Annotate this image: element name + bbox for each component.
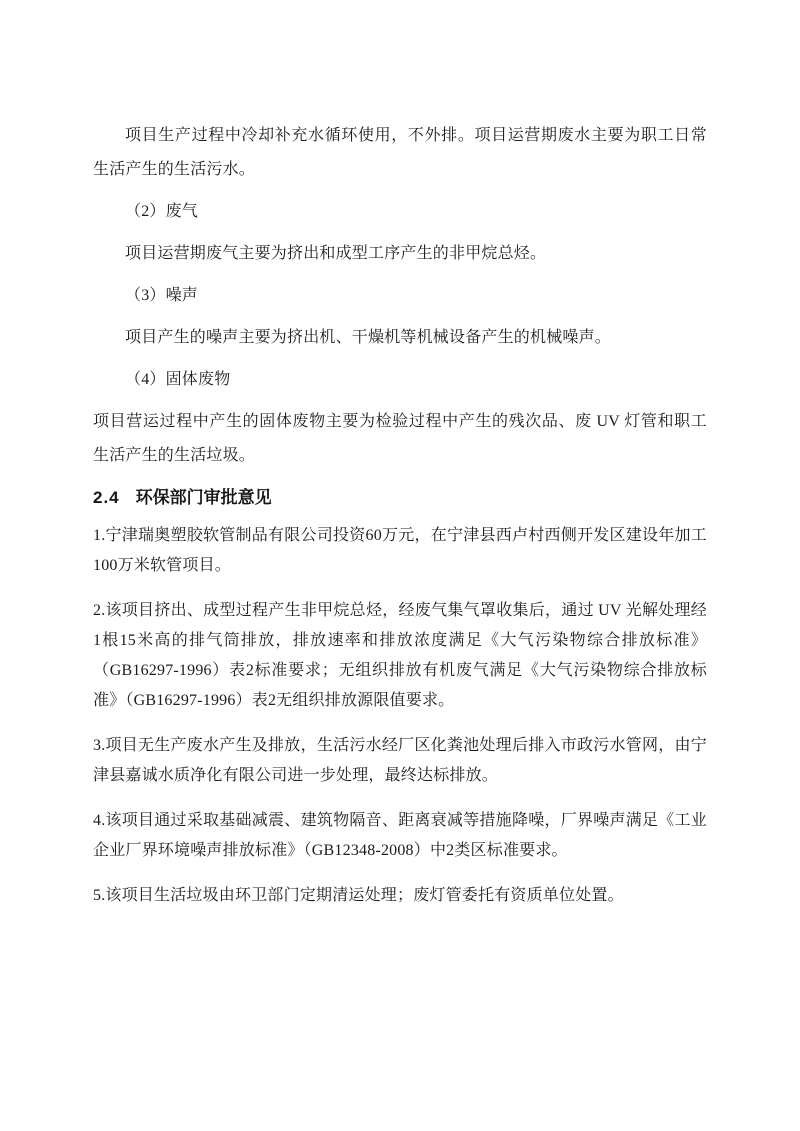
approval-item-5: 5.该项目生活垃圾由环卫部门定期清运处理；废灯管委托有资质单位处置。	[93, 881, 707, 911]
section-heading-number: 2.4	[93, 488, 120, 507]
approval-item-3: 3.项目无生产废水产生及排放，生活污水经厂区化粪池处理后排入市政污水管网，由宁津…	[93, 731, 707, 791]
approval-item-1: 1.宁津瑞奥塑胶软管制品有限公司投资60万元，在宁津县西卢村西侧开发区建设年加工…	[93, 521, 707, 581]
approval-item-2: 2.该项目挤出、成型过程产生非甲烷总烃，经废气集气罩收集后，通过 UV 光解处理…	[93, 596, 707, 716]
paragraph-wastewater-recycle: 项目生产过程中冷却补充水循环使用，不外排。项目运营期废水主要为职工日常生活产生的…	[93, 119, 707, 187]
paragraph-waste-gas: 项目运营期废气主要为挤出和成型工序产生的非甲烷总烃。	[93, 237, 707, 271]
subheading-solid-waste: （4）固体废物	[93, 363, 707, 397]
document-body: 项目生产过程中冷却补充水循环使用，不外排。项目运营期废水主要为职工日常生活产生的…	[93, 119, 707, 911]
subheading-noise: （3）噪声	[93, 279, 707, 313]
paragraph-solid-waste: 项目营运过程中产生的固体废物主要为检验过程中产生的残次品、废 UV 灯管和职工生…	[93, 405, 707, 473]
section-heading-2-4: 2.4环保部门审批意见	[93, 481, 707, 515]
document-page: 项目生产过程中冷却补充水循环使用，不外排。项目运营期废水主要为职工日常生活产生的…	[0, 0, 800, 1131]
paragraph-noise: 项目产生的噪声主要为挤出机、干燥机等机械设备产生的机械噪声。	[93, 321, 707, 355]
section-heading-title: 环保部门审批意见	[136, 488, 272, 507]
approval-item-4: 4.该项目通过采取基础减震、建筑物隔音、距离衰减等措施降噪，厂界噪声满足《工业企…	[93, 806, 707, 866]
subheading-waste-gas: （2）废气	[93, 195, 707, 229]
